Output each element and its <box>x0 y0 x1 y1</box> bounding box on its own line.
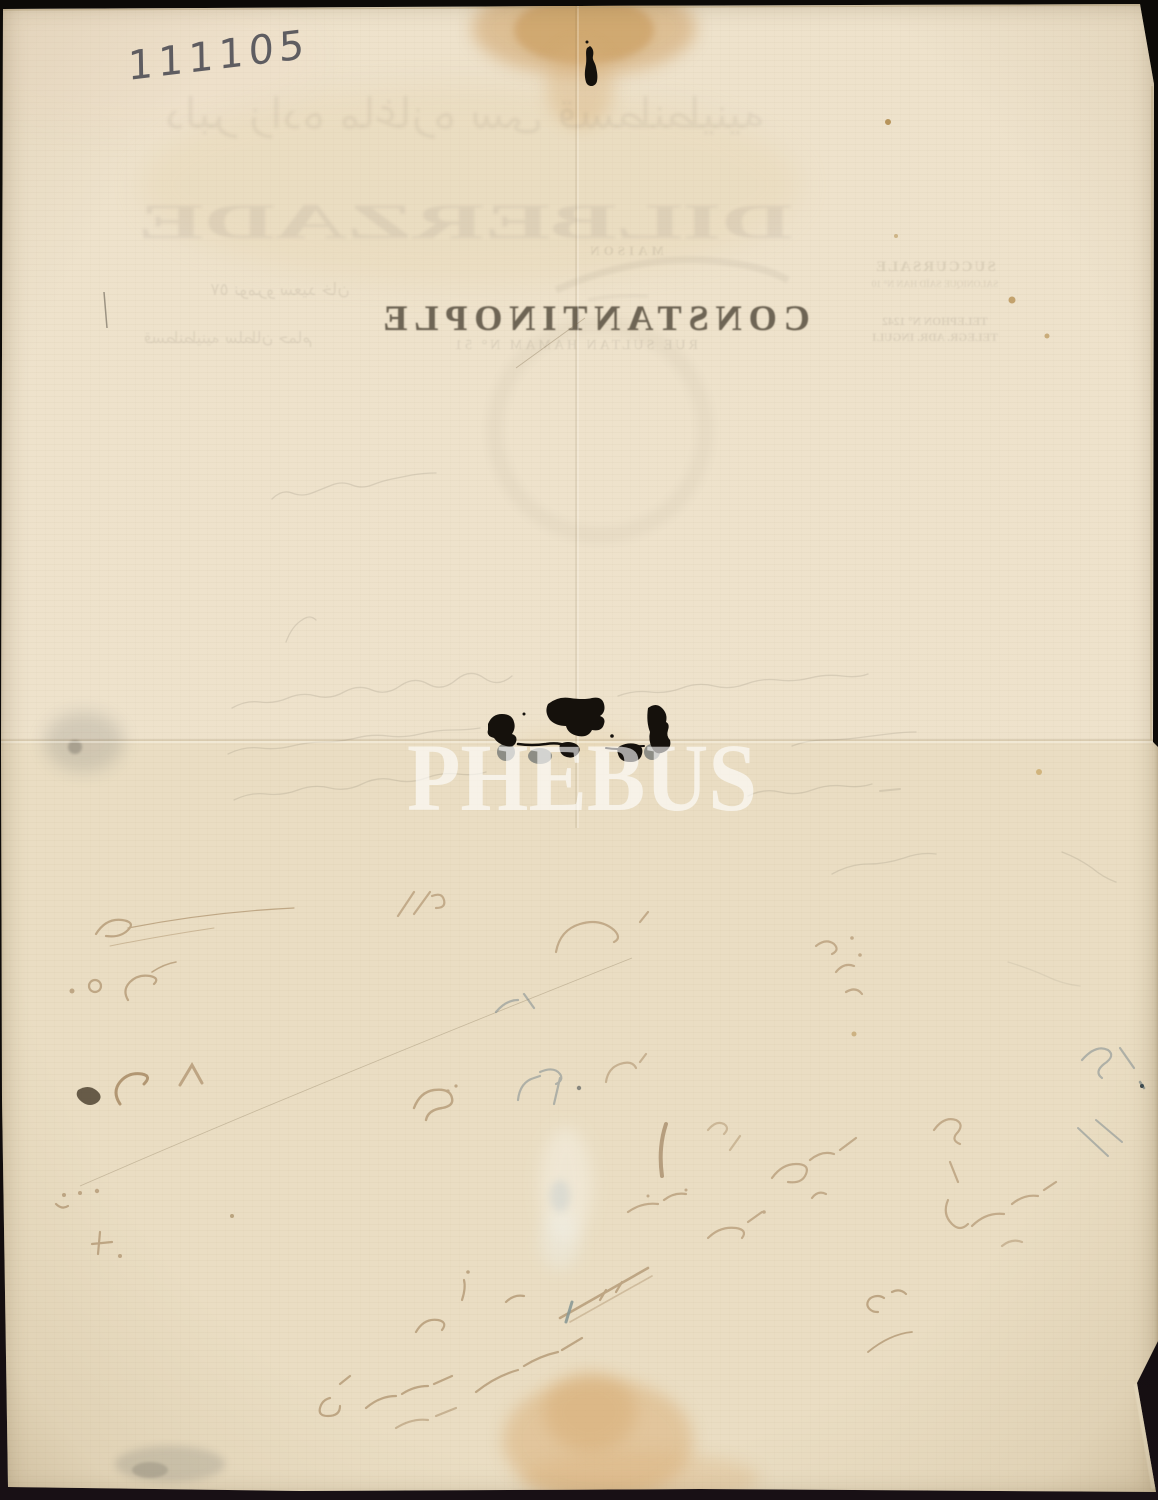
ghost-succursale: SUCCURSALE <box>874 259 996 275</box>
ghost-telegraph: TELEGR. ADR. INGULI <box>872 332 998 344</box>
ghost-branch-address: SALONIQUE SAÏD HAN N° 10 <box>871 278 998 290</box>
phebus-watermark: PHEBUS <box>407 724 757 831</box>
ghost-company-title: DILBERZADE <box>138 193 793 249</box>
scan-background: دلبر زاده ماغازه سی قسطنطینیه DILBERZADE… <box>0 0 1158 1500</box>
paper-artwork: دلبر زاده ماغازه سی قسطنطینیه DILBERZADE… <box>0 0 1158 1500</box>
paper-sheet: دلبر زاده ماغازه سی قسطنطینیه DILBERZADE… <box>0 0 1158 1500</box>
ghost-maison: MAISON <box>586 243 663 258</box>
ghost-telephone: TELEPHON N° 1242 <box>882 316 988 328</box>
right-edge-shade <box>1151 86 1152 740</box>
ghost-arabic-line-2: قسطنطینیه سلطان حمام <box>144 328 313 347</box>
ghost-arabic-calligraphy: دلبر زاده ماغازه سی قسطنطینیه <box>165 89 765 138</box>
ghost-arabic-line-1: ٥٧ نومرو سعید خان <box>210 280 349 300</box>
